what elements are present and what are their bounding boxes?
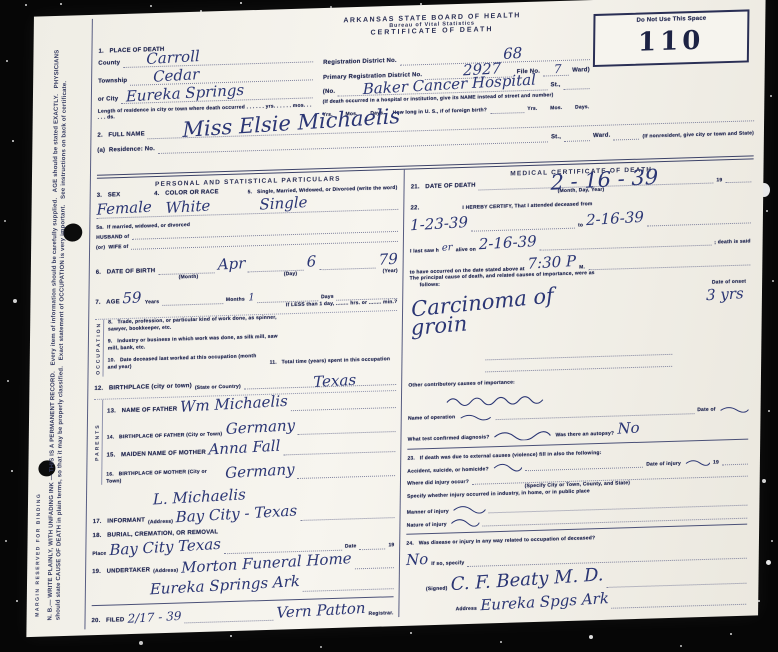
lastsaw-her-handwriting: er: [442, 242, 453, 254]
accident-line: [525, 459, 644, 472]
undertaker-addr-handwriting: Eureka Springs Ark: [150, 572, 300, 598]
certify-to-label: to: [578, 222, 583, 229]
two-column-area: PERSONAL AND STATISTICAL PARTICULARS 3. …: [91, 159, 753, 626]
burial-date-line: [359, 540, 385, 550]
age-block: 7. AGE 59 Years Months 1 Days If LESS th…: [95, 281, 397, 314]
operation-label: Name of operation: [408, 415, 455, 423]
mother-label: 15. MAIDEN NAME OF MOTHER: [106, 450, 205, 461]
lastsaw-tail: ; death is said: [714, 238, 750, 246]
binding-margin-note: MARGIN RESERVED FOR BINDING: [35, 196, 48, 617]
mother-bp-row: 16. BIRTHPLACE OF MOTHER (City or Town) …: [106, 458, 395, 485]
onset-handwriting: 3 yrs: [706, 284, 744, 304]
registrar-signature: Vern Patton: [276, 599, 365, 622]
residence-line3: [613, 131, 639, 141]
filed-row: 20. FILED 2/17 - 39 Vern Patton Registra…: [91, 596, 393, 626]
nature-squiggle: [450, 517, 480, 528]
certificate-number: 110: [595, 24, 747, 59]
date-of-death-year-line: [725, 173, 751, 183]
birthplace-sub: (State or Country): [195, 383, 241, 391]
birthplace-handwriting: Texas: [314, 371, 357, 391]
injury-year-line: [722, 456, 748, 466]
sex-race-marital-values: Female White Single: [96, 195, 398, 219]
mother-line: [284, 443, 396, 455]
autopsy-handwriting: No: [617, 418, 639, 437]
registration-district-row: Registration District No. 68: [323, 51, 590, 68]
wife-label: (or) WIFE of: [96, 244, 128, 251]
address-line: [611, 596, 746, 609]
do-not-use-stamp-box: Do Not Use This Space 110: [593, 9, 750, 67]
dob-day-label: (Day): [284, 271, 298, 278]
occupation-rows: 8. Trade, profession, or particular kind…: [103, 311, 397, 377]
sex-handwriting: Female: [96, 197, 163, 219]
medical-column: MEDICAL CERTIFICATE OF DEATH 21. DATE OF…: [400, 159, 754, 617]
place-of-death-block: 1. PLACE OF DEATH County Carroll Townshi…: [98, 42, 314, 121]
city-label: or City: [98, 96, 118, 104]
mother-bp-line: [297, 467, 395, 479]
cause-handwriting-line2: groin: [411, 312, 468, 341]
undertaker-label: 19. UNDERTAKER: [92, 568, 150, 578]
certify-line-b: [647, 215, 751, 227]
board-header: ARKANSAS STATE BOARD OF HEALTH Bureau of…: [278, 10, 585, 39]
personal-column: PERSONAL AND STATISTICAL PARTICULARS 3. …: [91, 170, 405, 626]
parents-group: PARENTS 13. NAME OF FATHER Wm Michaelis …: [93, 390, 396, 485]
mother-bp-label: 16. BIRTHPLACE OF MOTHER (City or Town): [106, 468, 222, 484]
certify-block: 22. I HEREBY CERTIFY, That I attended de…: [410, 195, 752, 289]
county-label: County: [98, 60, 120, 68]
certify-to-handwriting: 2-16-39: [586, 208, 644, 229]
signed-line: [606, 575, 746, 588]
sex-race-marital-block: 3. SEX 4. COLOR OR RACE 5. Single, Marri…: [96, 184, 398, 219]
marital2-block: 5a. If married, widowed, or divorced HUS…: [96, 216, 398, 251]
informant-row: 17. INFORMANT (Address) Bay City - Texas: [93, 504, 395, 527]
registrar-label: Registrar.: [368, 611, 393, 618]
injury-year-label: 19: [713, 459, 719, 466]
residence-line2: [564, 132, 590, 142]
how-long-line: [490, 104, 524, 114]
informant-addr-label: (Address): [148, 518, 173, 525]
age-handwriting: 59: [123, 288, 142, 307]
dob-day-handwriting: 6: [307, 253, 317, 272]
father-bp-line: [298, 423, 396, 435]
dob-block: 6. DATE OF BIRTH Apr 6 79 (Month): [96, 250, 398, 283]
street-label: (No.: [323, 89, 336, 97]
accident-label: Accident, suicide, or homicide?: [407, 466, 489, 475]
occ11-label: 11. Total time (years) spent in this occ…: [270, 356, 397, 366]
lastsaw-handwriting: 2-16-39: [479, 232, 537, 253]
lastsaw-label2: alive on: [456, 246, 476, 253]
age-months-handwriting: 1: [248, 292, 255, 303]
registration-district-handwriting: 68: [503, 44, 522, 63]
age-years-label: Years: [145, 299, 159, 306]
mother-bp-handwriting: Germany: [225, 460, 295, 482]
occ10-11-row: 10. Date deceased last worked at this oc…: [108, 349, 397, 371]
age-label: 7. AGE: [95, 299, 119, 308]
film-specks: [0, 0, 2, 2]
manner-label: Manner of injury: [407, 508, 449, 516]
occupation-related-handwriting: No: [406, 550, 428, 569]
form-header-area: Do Not Use This Space 110 ARKANSAS STATE…: [97, 5, 755, 171]
file-no-handwriting: 7: [554, 62, 562, 76]
test-squiggle: [492, 429, 552, 441]
father-bp-label: 14. BIRTHPLACE OF FATHER (City or Town): [107, 431, 223, 441]
dob-line3: [320, 260, 376, 271]
ifso-label: If so, specify: [431, 560, 464, 567]
certify-line1: I HEREBY CERTIFY, That I attended deceas…: [462, 201, 592, 211]
filed-label: 20. FILED: [91, 617, 124, 626]
full-name-area: 2. FULL NAME Miss Elsie Michaelis (a) Re…: [97, 109, 754, 156]
father-line: [291, 399, 396, 411]
certificate-paper: MARGIN RESERVED FOR BINDING N. B.— WRITE…: [26, 0, 765, 637]
mother-handwriting: Anna Fall: [209, 437, 281, 459]
contributory-label: Other contributory causes of importance:: [408, 373, 749, 390]
husband-label: HUSBAND of: [96, 234, 129, 241]
informant-line: [300, 509, 394, 521]
injury-date-label: Date of injury: [646, 460, 681, 468]
nature-label: Nature of injury: [407, 521, 447, 529]
nonresident-note: (If nonresident, give city or town and S…: [642, 130, 754, 140]
father-row: 13. NAME OF FATHER Wm Michaelis: [107, 394, 396, 417]
residence-a-label: (a) Residence: No.: [97, 146, 155, 156]
certify-number: 22.: [410, 205, 419, 213]
operation-squiggle: [458, 412, 492, 421]
date-of-death-year: 19: [716, 177, 722, 184]
occupation-side-label: OCCUPATION: [94, 320, 104, 377]
undertaker-line: [355, 559, 395, 569]
full-name-label: 2. FULL NAME: [97, 132, 144, 141]
occ8-label: 8. Trade, profession, or particular kind…: [108, 315, 287, 333]
how-long-tail: Yrs. Mos. Days.: [527, 104, 589, 112]
age-months-label: Months: [226, 297, 245, 304]
race-handwriting: White: [166, 194, 257, 217]
accident-squiggle: [492, 462, 522, 473]
undertaker-block: 19. UNDERTAKER (Address) Morton Funeral …: [92, 555, 395, 598]
dob-year-handwriting: 79: [379, 250, 398, 269]
photographed-record: MARGIN RESERVED FOR BINDING N. B.— WRITE…: [0, 0, 778, 652]
mother-row: 15. MAIDEN NAME OF MOTHER Anna Fall: [106, 438, 395, 461]
operation-date-squiggle: [719, 404, 749, 413]
operation-date-label: Date of: [697, 407, 715, 414]
father-bp-row: 14. BIRTHPLACE OF FATHER (City or Town) …: [107, 414, 396, 441]
permanent-record-note: N. B.— WRITE PLAINLY, WITH UNFADING INK …: [47, 45, 70, 621]
cause-of-death-block: Date of onset 3 yrs Carcinoma of groin: [409, 279, 750, 351]
undertaker-addr-label: (Address): [153, 568, 178, 575]
marital-handwriting: Single: [259, 193, 307, 214]
burial-year-label: 19: [388, 543, 394, 550]
parents-rows: 13. NAME OF FATHER Wm Michaelis 14. BIRT…: [102, 391, 396, 485]
informant-block: L. Michaelis 17. INFORMANT (Address) Bay…: [93, 482, 396, 527]
township-handwriting: Cedar: [153, 65, 199, 86]
contributory-block: Other contributory causes of importance:: [408, 373, 749, 408]
manner-squiggle: [452, 504, 486, 515]
filed-date-handwriting: 2/17 - 39: [127, 609, 181, 626]
film-blemish: [766, 560, 771, 565]
registration-district-label: Registration District No.: [323, 58, 397, 68]
test-label: What test confirmed diagnosis?: [408, 435, 490, 444]
certify-from-handwriting: 1-23-39: [410, 213, 468, 234]
father-bp-handwriting: Germany: [225, 416, 295, 438]
undertaker-addr-line: [303, 580, 394, 592]
certify-line-a: [471, 220, 575, 232]
father-handwriting: Wm Michaelis: [180, 392, 288, 416]
residence-ward-label: Ward.: [593, 133, 611, 141]
signed-label: (Signed): [426, 586, 448, 593]
dob-year-label: (Year): [383, 268, 398, 275]
filed-line: [184, 612, 273, 624]
ward-label: Ward): [572, 67, 590, 75]
age-years-line: [162, 295, 223, 306]
parents-side-label: PARENTS: [93, 400, 103, 485]
address-label: Address: [456, 606, 477, 613]
injury-date-squiggle: [684, 458, 710, 467]
occ9-label: 9. Industry or business in which work wa…: [108, 334, 287, 352]
residence-st-label: St.,: [551, 134, 561, 142]
dob-month-label: (Month): [179, 274, 199, 281]
street-mid-label: St.,: [550, 82, 560, 90]
lastsaw-label: I last saw h: [410, 247, 439, 254]
street-line2: [564, 80, 590, 90]
address-handwriting: Eureka Spgs Ark: [480, 589, 609, 614]
occupation-group: OCCUPATION 8. Trade, profession, or part…: [94, 310, 397, 377]
certificate-form: Do Not Use This Space 110 ARKANSAS STATE…: [84, 0, 759, 629]
father-label: 13. NAME OF FATHER: [107, 407, 177, 417]
occ10-label: 10. Date deceased last worked at this oc…: [108, 353, 267, 371]
informant-label: 17. INFORMANT: [93, 518, 145, 527]
blank-line: [485, 358, 672, 373]
birthplace-label: 12. BIRTHPLACE (city or town): [94, 383, 192, 394]
burial-place-label: Place: [92, 551, 106, 558]
dob-month-handwriting: Apr: [217, 254, 245, 274]
autopsy-label: Was there an autopsy?: [555, 431, 614, 439]
occurred-handwriting: 7:30 P: [528, 252, 577, 273]
township-label: Township: [98, 78, 127, 87]
none-squiggle: [444, 393, 554, 406]
